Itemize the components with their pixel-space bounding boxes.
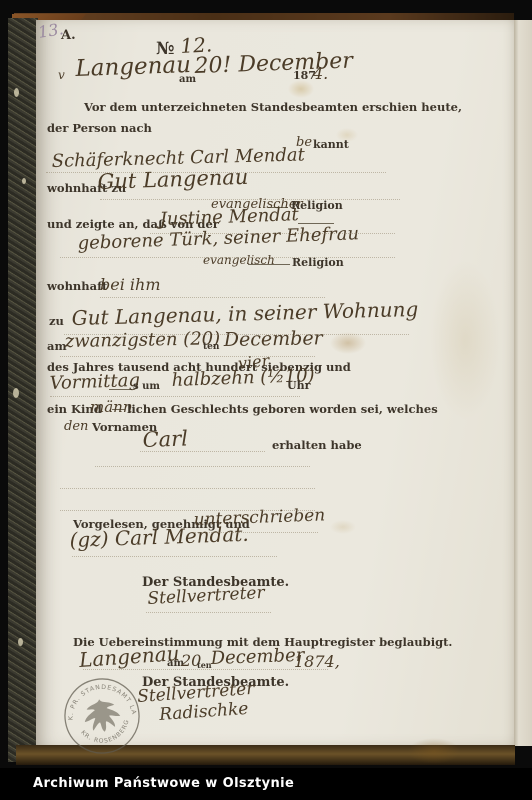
check-mark: v <box>58 68 65 82</box>
spine-fleck <box>22 178 26 184</box>
intro-line2: der Person nach <box>47 121 152 135</box>
fill-rule <box>60 356 315 357</box>
known-printed: kannt <box>313 138 349 151</box>
official-seal: K. PR. STANDESAMT LANGENAU KR. ROSENBERG <box>55 669 150 764</box>
birth-day: zwanzigsten (20) <box>65 328 221 352</box>
daytime-suffix: s um <box>133 381 160 392</box>
fill-rule <box>60 510 315 511</box>
intro-line1: Vor dem unterzeichneten Standesbeamten e… <box>84 100 462 114</box>
mother-resident-label: wohnhaft <box>47 279 107 293</box>
fill-rule <box>83 669 328 670</box>
fill-rule <box>60 257 395 258</box>
underlying-page-edge <box>513 20 532 746</box>
fill-rule <box>72 556 277 557</box>
header-place: Langenau <box>75 52 191 82</box>
fill-dash <box>112 409 125 410</box>
on-label: am <box>47 339 67 353</box>
book-spine <box>8 18 38 762</box>
spine-fleck <box>18 638 23 646</box>
fill-rule <box>60 488 315 489</box>
received-label: erhalten habe <box>272 438 362 452</box>
fill-dash <box>109 389 132 390</box>
fill-rule <box>95 466 310 467</box>
fill-dash <box>298 223 334 224</box>
spine-fleck <box>14 88 19 97</box>
archive-name: Archiwum Państwowe w Olsztynie <box>33 776 294 791</box>
header-am-label: am <box>179 74 196 85</box>
fill-dash <box>268 207 288 208</box>
fill-dash <box>248 264 290 265</box>
fill-rule <box>150 233 395 234</box>
article-hw: den <box>64 419 88 434</box>
spine-fleck <box>13 388 19 398</box>
mother-residence-hw: bei ihm <box>100 275 161 294</box>
scanned-register-photo: 13. A. № 12. v Langenau am 20! December … <box>0 0 532 800</box>
fill-rule <box>100 297 325 298</box>
time-label: Uhr <box>287 379 310 392</box>
at-label: zu <box>49 314 64 328</box>
fill-rule <box>100 199 400 200</box>
fill-rule <box>64 334 409 335</box>
birth-month: December <box>224 327 323 351</box>
certification-month: December <box>210 645 304 669</box>
religion-label: Religion <box>291 199 343 212</box>
fill-rule <box>140 451 265 452</box>
fill-rule <box>50 396 300 397</box>
day-suffix: ten <box>203 342 219 352</box>
gender-label: lichen Geschlechts geboren worden sei, w… <box>127 402 438 416</box>
firstname-hw: Carl <box>142 426 188 452</box>
fill-rule <box>46 172 386 173</box>
daytime-hw: Vormittag <box>49 370 140 394</box>
eagle-emblem <box>81 696 122 735</box>
printed-page-letter: A. <box>61 28 76 43</box>
header-year-written: 4. <box>313 64 328 83</box>
archive-watermark-bar: Archiwum Państwowe w Olsztynie <box>0 768 532 800</box>
fill-rule <box>146 612 271 613</box>
fill-rule <box>193 532 318 533</box>
